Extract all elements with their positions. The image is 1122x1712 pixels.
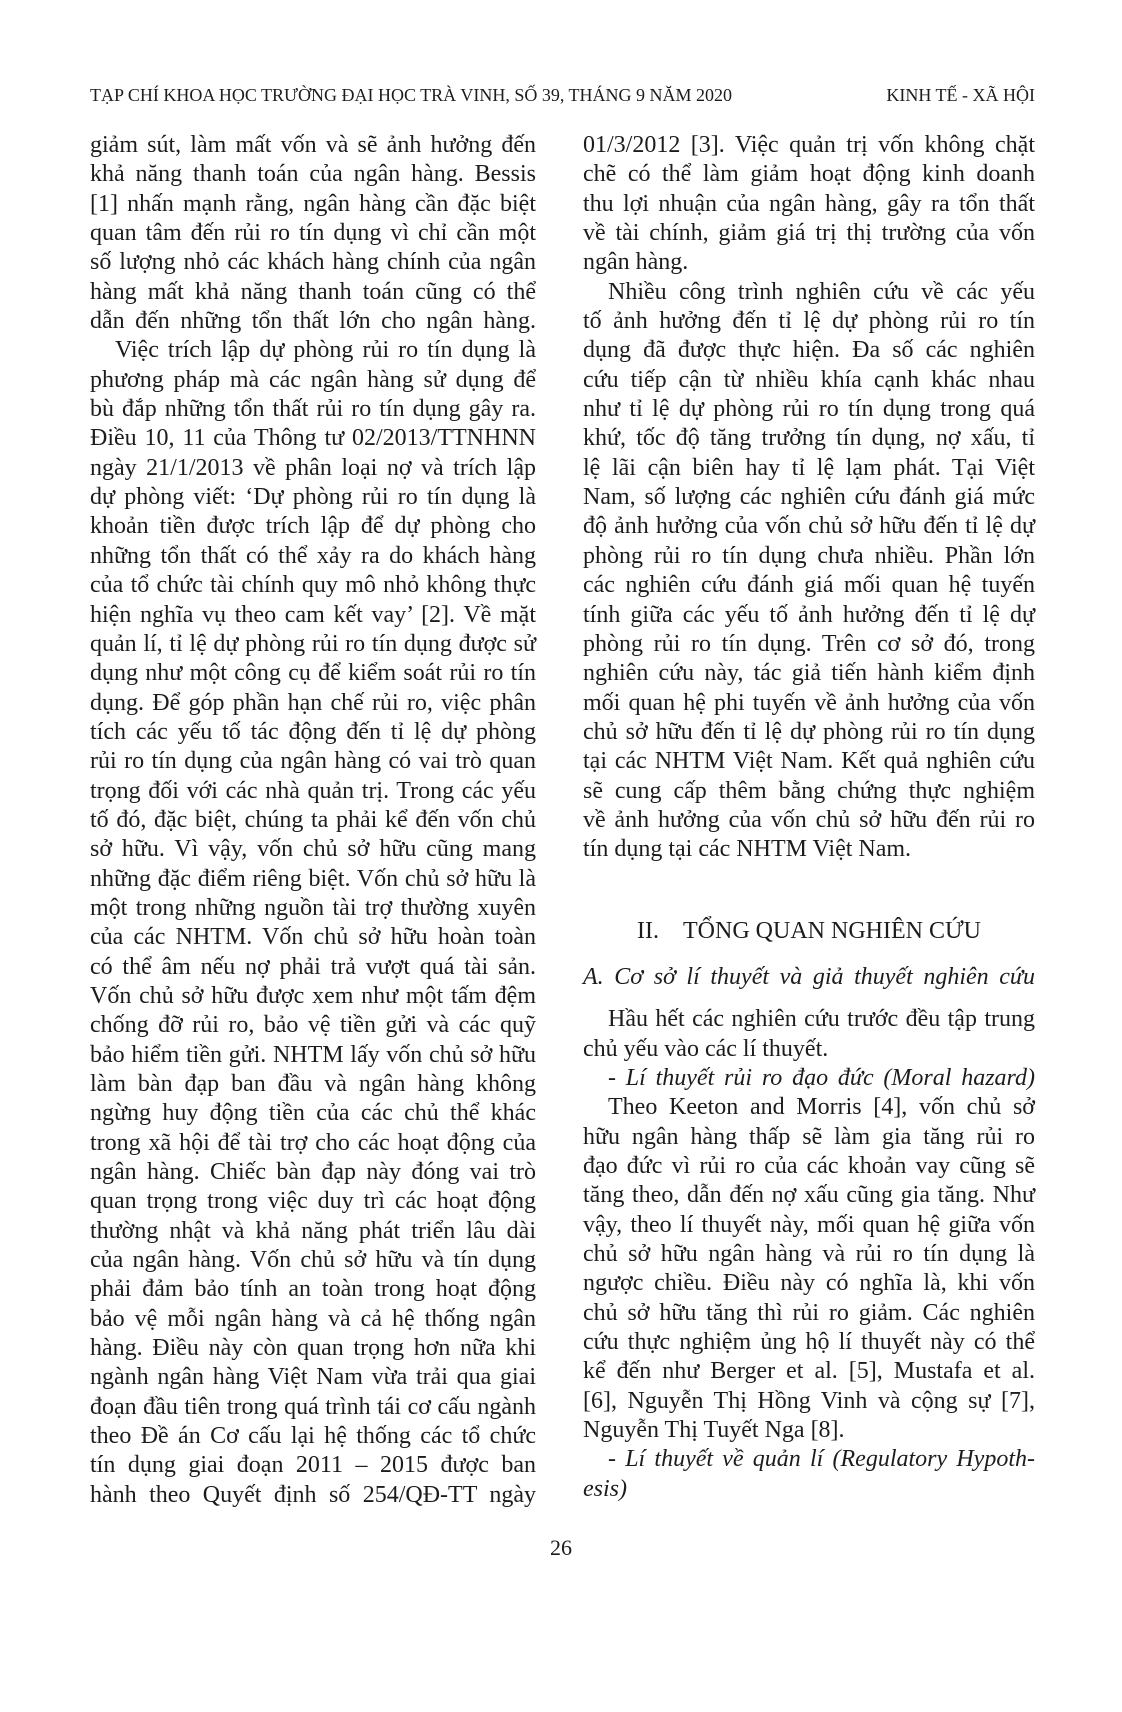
header-section-label: KINH TẾ - XÃ HỘI bbox=[886, 84, 1035, 106]
heading-text: TỔNG QUAN NGHIÊN CỨU bbox=[683, 918, 981, 944]
text-line: Nam, số lượng các nghiên cứu đánh giá mứ… bbox=[583, 483, 1035, 512]
text-line: nghiên cứu này, tác giả tiến hành kiểm đ… bbox=[583, 659, 1035, 688]
left-column: giảm sút, làm mất vốn và sẽ ảnh hưởng đế… bbox=[90, 131, 536, 1510]
text-line: Việc trích lập dự phòng rủi ro tín dụng … bbox=[90, 336, 536, 365]
text-line: ngân hàng. Chiếc bàn đạp này đóng vai tr… bbox=[90, 1158, 536, 1187]
text-line: hàng mất khả năng thanh toán cũng có thể bbox=[90, 278, 536, 307]
text-line: chẽ có thể làm giảm hoạt động kinh doanh bbox=[583, 160, 1035, 189]
header-journal-title: TẠP CHÍ KHOA HỌC TRƯỜNG ĐẠI HỌC TRÀ VINH… bbox=[90, 84, 732, 106]
text-line: làm bàn đạp ban đầu và ngân hàng không bbox=[90, 1070, 536, 1099]
subheading-number: A. bbox=[583, 964, 604, 990]
page-header: TẠP CHÍ KHOA HỌC TRƯỜNG ĐẠI HỌC TRÀ VINH… bbox=[90, 84, 1035, 106]
text-line: esis) bbox=[583, 1475, 1035, 1504]
text-line: ngược chiều. Điều này có nghĩa là, khi v… bbox=[583, 1269, 1035, 1298]
journal-page: TẠP CHÍ KHOA HỌC TRƯỜNG ĐẠI HỌC TRÀ VINH… bbox=[0, 0, 1122, 1712]
text-line: tính giữa các yếu tố ảnh hưởng đến tỉ lệ… bbox=[583, 601, 1035, 630]
text-line: phòng rủi ro tín dụng. Trên cơ sở đó, tr… bbox=[583, 630, 1035, 659]
text-line: hữu ngân hàng thấp sẽ làm gia tăng rủi r… bbox=[583, 1123, 1035, 1152]
text-line: tố đó, đặc biệt, chúng ta phải kể đến vố… bbox=[90, 806, 536, 835]
text-line: lệ lãi cận biên hay tỉ lệ lạm phát. Tại … bbox=[583, 454, 1035, 483]
text-line: cứu tiếp cận từ nhiều khía cạnh khác nha… bbox=[583, 366, 1035, 395]
text-line: hiện nghĩa vụ theo cam kết vay’ [2]. Về … bbox=[90, 601, 536, 630]
text-line: - Lí thuyết rủi ro đạo đức (Moral hazard… bbox=[583, 1064, 1035, 1093]
text-line: Hầu hết các nghiên cứu trước đều tập tru… bbox=[583, 1005, 1035, 1034]
text-line: như tỉ lệ dự phòng rủi ro tín dụng trong… bbox=[583, 395, 1035, 424]
text-line: dự phòng viết: ‘Dự phòng rủi ro tín dụng… bbox=[90, 483, 536, 512]
text-line: 01/3/2012 [3]. Việc quản trị vốn không c… bbox=[583, 131, 1035, 160]
text-line: giảm sút, làm mất vốn và sẽ ảnh hưởng đế… bbox=[90, 131, 536, 160]
text-line: bảo hiểm tiền gửi. NHTM lấy vốn chủ sở h… bbox=[90, 1041, 536, 1070]
text-line: tại các NHTM Việt Nam. Kết quả nghiên cứ… bbox=[583, 747, 1035, 776]
text-line: chủ sở hữu ngân hàng và rủi ro tín dụng … bbox=[583, 1240, 1035, 1269]
text-line: [6], Nguyễn Thị Hồng Vinh và cộng sự [7]… bbox=[583, 1387, 1035, 1416]
text-line: khứ, tốc độ tăng trưởng tín dụng, nợ xấu… bbox=[583, 424, 1035, 453]
text-line: mối quan hệ phi tuyến về ảnh hưởng của v… bbox=[583, 689, 1035, 718]
text-line: ngày 21/1/2013 về phân loại nợ và trích … bbox=[90, 454, 536, 483]
text-line: tố ảnh hưởng đến tỉ lệ dự phòng rủi ro t… bbox=[583, 307, 1035, 336]
text-line: thường nhật và khả năng phát triển lâu d… bbox=[90, 1217, 536, 1246]
text-line: có thể âm nếu nợ phải trả vượt quá tài s… bbox=[90, 953, 536, 982]
text-line: các nghiên cứu đánh giá mối quan hệ tuyế… bbox=[583, 571, 1035, 600]
text-line: cứu thực nghiệm ủng hộ lí thuyết này có … bbox=[583, 1328, 1035, 1357]
text-line: quan tâm đến rủi ro tín dụng vì chỉ cần … bbox=[90, 219, 536, 248]
text-line: [1] nhấn mạnh rằng, ngân hàng cần đặc bi… bbox=[90, 190, 536, 219]
section-heading: II. TỔNG QUAN NGHIÊN CỨU bbox=[583, 917, 1035, 946]
right-column: 01/3/2012 [3]. Việc quản trị vốn không c… bbox=[583, 131, 1035, 1504]
text-line: ngừng huy động tiền của các chủ thể khác bbox=[90, 1099, 536, 1128]
text-line: đoạn đầu tiên trong quá trình tái cơ cấu… bbox=[90, 1393, 536, 1422]
text-line: thu lợi nhuận của ngân hàng, gây ra tổn … bbox=[583, 190, 1035, 219]
text-line: dụng như một công cụ để kiểm soát rủi ro… bbox=[90, 659, 536, 688]
text-line: chống đỡ rủi ro, bảo vệ tiền gửi và các … bbox=[90, 1011, 536, 1040]
text-line: quản lí, tỉ lệ dự phòng rủi ro tín dụng … bbox=[90, 630, 536, 659]
text-line: bù đắp những tổn thất rủi ro tín dụng gâ… bbox=[90, 395, 536, 424]
text-line: theo Đề án Cơ cấu lại hệ thống các tổ ch… bbox=[90, 1422, 536, 1451]
text-line: của tổ chức tài chính quy mô nhỏ không t… bbox=[90, 571, 536, 600]
text-line: hàng. Điều này còn quan trọng hơn nữa kh… bbox=[90, 1334, 536, 1363]
text-line: Theo Keeton and Morris [4], vốn chủ sở bbox=[583, 1093, 1035, 1122]
text-line: Nguyễn Thị Tuyết Nga [8]. bbox=[583, 1416, 1035, 1445]
text-line: Vốn chủ sở hữu được xem như một tấm đệm bbox=[90, 982, 536, 1011]
text-line: của ngân hàng. Vốn chủ sở hữu và tín dụn… bbox=[90, 1246, 536, 1275]
text-line: tích các yếu tố tác động đến tỉ lệ dự ph… bbox=[90, 718, 536, 747]
text-line: chủ sở hữu tăng thì rủi ro giảm. Các ngh… bbox=[583, 1299, 1035, 1328]
text-line: phải đảm bảo tính an toàn trong hoạt độn… bbox=[90, 1275, 536, 1304]
heading-number: II. bbox=[637, 918, 659, 944]
text-line: sở hữu. Vì vậy, vốn chủ sở hữu cũng mang bbox=[90, 835, 536, 864]
text-line: tăng theo, dẫn đến nợ xấu cũng gia tăng.… bbox=[583, 1181, 1035, 1210]
text-line: chủ yếu vào các lí thuyết. bbox=[583, 1035, 1035, 1064]
text-line: về ảnh hưởng của vốn chủ sở hữu đến rủi … bbox=[583, 806, 1035, 835]
text-line: độ ảnh hưởng của vốn chủ sở hữu đến tỉ l… bbox=[583, 512, 1035, 541]
text-line: dụng đã được thực hiện. Đa số các nghiên bbox=[583, 336, 1035, 365]
text-line: của các NHTM. Vốn chủ sở hữu hoàn toàn bbox=[90, 923, 536, 952]
section-subheading: A. Cơ sở lí thuyết và giả thuyết nghiên … bbox=[583, 963, 1035, 992]
text-line: ngân hàng. bbox=[583, 248, 1035, 277]
text-line: những tổn thất có thể xảy ra do khách hà… bbox=[90, 542, 536, 571]
text-line: bảo vệ mỗi ngân hàng và cả hệ thống ngân bbox=[90, 1305, 536, 1334]
text-line: Điều 10, 11 của Thông tư 02/2013/TTNHNN bbox=[90, 424, 536, 453]
text-line: vậy, theo lí thuyết này, mối quan hệ giữ… bbox=[583, 1211, 1035, 1240]
text-line: ngành ngân hàng Việt Nam vừa trải qua gi… bbox=[90, 1363, 536, 1392]
text-line: phương pháp mà các ngân hàng sử dụng để bbox=[90, 366, 536, 395]
text-line: tín dụng giai đoạn 2011 – 2015 được ban bbox=[90, 1451, 536, 1480]
text-line: - Lí thuyết về quản lí (Regulatory Hypot… bbox=[583, 1445, 1035, 1474]
text-line: sẽ cung cấp thêm bằng chứng thực nghiệm bbox=[583, 777, 1035, 806]
text-line: rủi ro tín dụng của ngân hàng có vai trò… bbox=[90, 747, 536, 776]
text-line: phòng rủi ro tín dụng chưa nhiều. Phần l… bbox=[583, 542, 1035, 571]
text-line: số lượng nhỏ các khách hàng chính của ng… bbox=[90, 248, 536, 277]
page-number: 26 bbox=[0, 1534, 1122, 1562]
text-line: một trong những nguồn tài trợ thường xuy… bbox=[90, 894, 536, 923]
text-line: trọng đối với các nhà quản trị. Trong cá… bbox=[90, 777, 536, 806]
text-line: trong xã hội để tài trợ cho các hoạt độn… bbox=[90, 1129, 536, 1158]
text-line: khoản tiền được trích lập để dự phòng ch… bbox=[90, 512, 536, 541]
text-line: chủ sở hữu đến tỉ lệ dự phòng rủi ro tín… bbox=[583, 718, 1035, 747]
text-line: khả năng thanh toán của ngân hàng. Bessi… bbox=[90, 160, 536, 189]
text-line: quan trọng trong việc duy trì các hoạt đ… bbox=[90, 1187, 536, 1216]
text-line: dụng. Để góp phần hạn chế rủi ro, việc p… bbox=[90, 689, 536, 718]
text-line: dẫn đến những tổn thất lớn cho ngân hàng… bbox=[90, 307, 536, 336]
text-line: những đặc điểm riêng biệt. Vốn chủ sở hữ… bbox=[90, 865, 536, 894]
text-line: hành theo Quyết định số 254/QĐ-TT ngày bbox=[90, 1481, 536, 1510]
text-line: tín dụng tại các NHTM Việt Nam. bbox=[583, 835, 1035, 864]
text-line: đạo đức vì rủi ro của các khoản vay cũng… bbox=[583, 1152, 1035, 1181]
text-line: kể đến như Berger et al. [5], Mustafa et… bbox=[583, 1357, 1035, 1386]
text-line: Nhiều công trình nghiên cứu về các yếu bbox=[583, 278, 1035, 307]
subheading-text: Cơ sở lí thuyết và giả thuyết nghiên cứu bbox=[614, 964, 1035, 990]
text-line: về tài chính, giảm giá trị thị trường củ… bbox=[583, 219, 1035, 248]
